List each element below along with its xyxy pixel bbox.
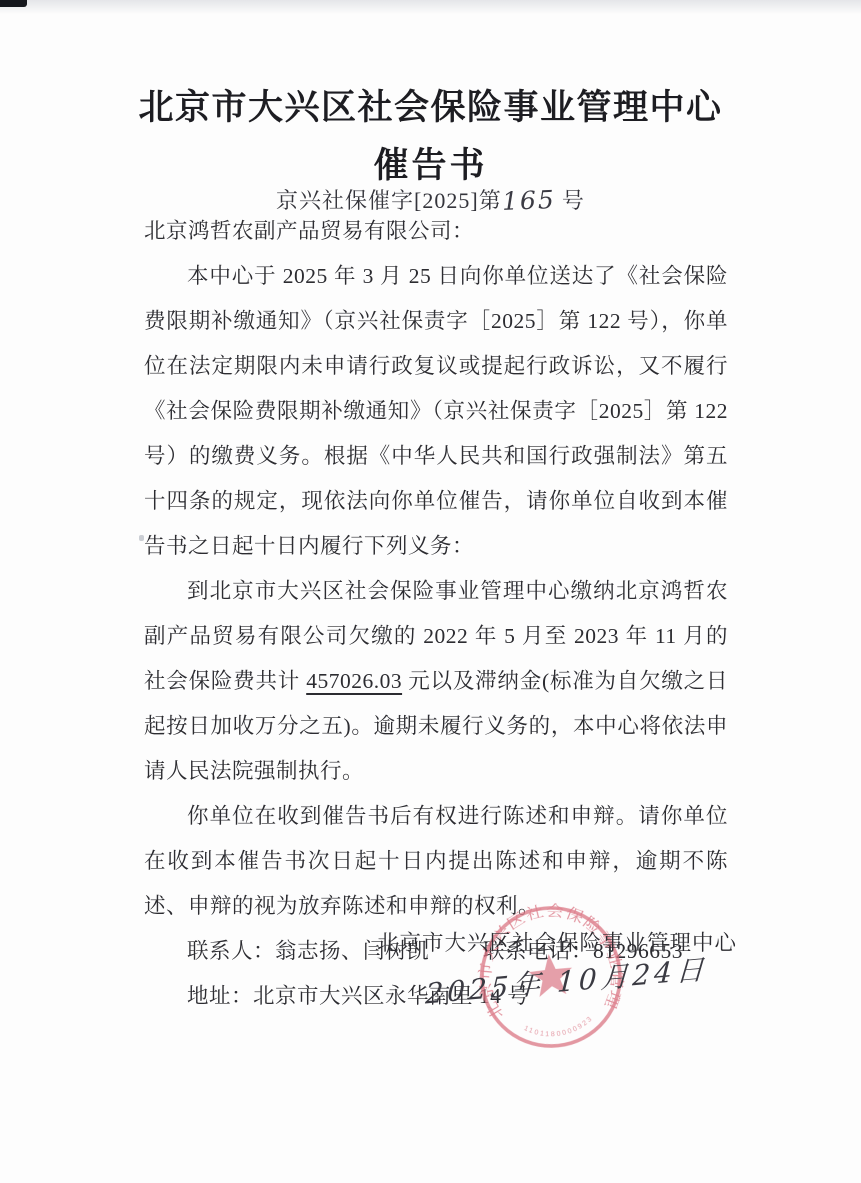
document-title-org: 北京市大兴区社会保险事业管理中心 bbox=[0, 80, 861, 130]
paragraph-service-history: 本中心于 2025 年 3 月 25 日向你单位送达了《社会保险费限期补缴通知》… bbox=[144, 254, 728, 569]
scanner-shadow-band bbox=[0, 0, 861, 16]
paragraph-payment-demand: 到北京市大兴区社会保险事业管理中心缴纳北京鸿哲农副产品贸易有限公司欠缴的 202… bbox=[144, 569, 728, 794]
scanned-notice-page: 北京市大兴区社会保险事业管理中心 催告书 京兴社保催字[2025]第165 号 … bbox=[0, 0, 861, 1183]
document-title-type: 催告书 bbox=[0, 138, 861, 188]
recipient-line: 北京鸿哲农副产品贸易有限公司： bbox=[144, 209, 728, 254]
paragraph-statement-rights: 你单位在收到催告书后有权进行陈述和申辩。请你单位在收到本催告书次日起十日内提出陈… bbox=[144, 794, 728, 929]
notice-body: 北京鸿哲农副产品贸易有限公司： 本中心于 2025 年 3 月 25 日向你单位… bbox=[144, 209, 728, 1019]
owed-amount-underlined: 457026.03 bbox=[306, 669, 402, 693]
scan-corner-artifact bbox=[0, 0, 27, 7]
